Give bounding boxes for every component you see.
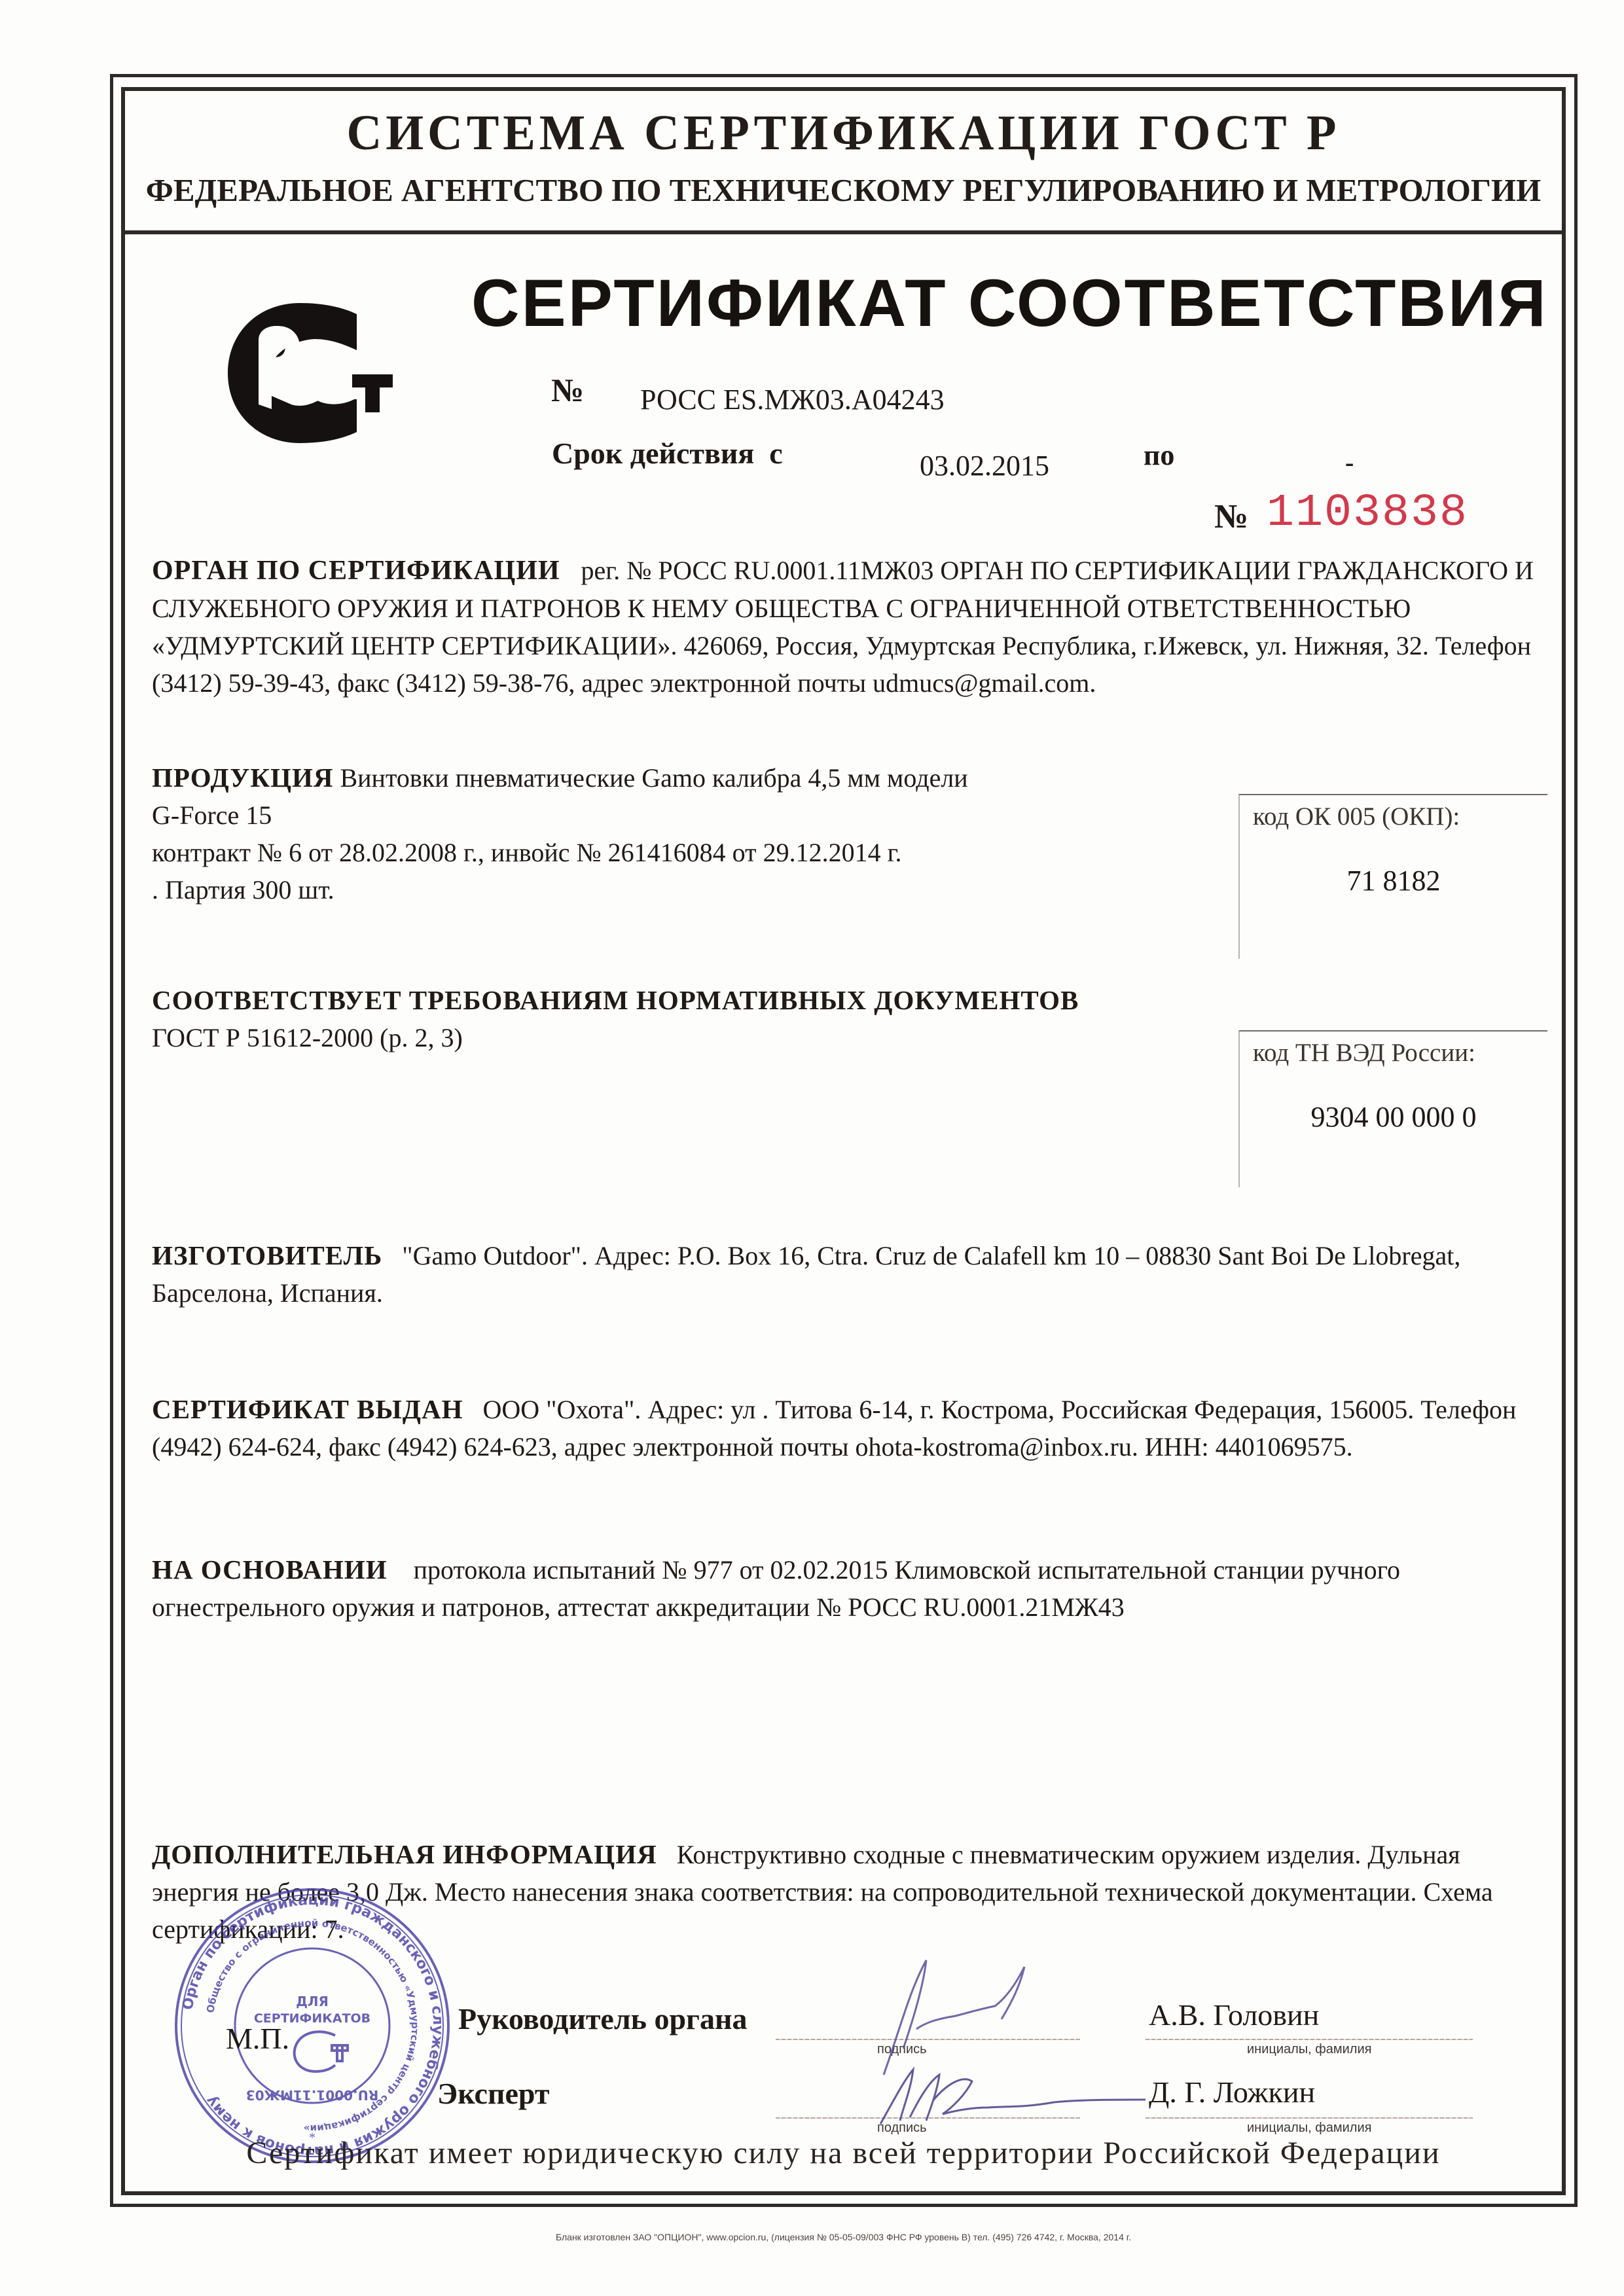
printer-imprint: Бланк изготовлен ЗАО "ОПЦИОН", www.opcio… (121, 2232, 1566, 2242)
tnved-code-box: код ТН ВЭД России: 9304 00 000 0 (1238, 1030, 1547, 1187)
head-name-line (1146, 2039, 1473, 2040)
product-line: . Партия 300 шт. (152, 875, 334, 905)
svg-text:RU.0001.11МЖ03: RU.0001.11МЖ03 (246, 2087, 379, 2103)
rst-conformity-mark-icon (223, 301, 399, 445)
section-standards: СООТВЕТСТВУЕТ ТРЕБОВАНИЯМ НОРМАТИВНЫХ ДО… (152, 982, 1212, 1056)
svg-text:ДЛЯ: ДЛЯ (296, 1994, 329, 2009)
section-label: ДОПОЛНИТЕЛЬНАЯ ИНФОРМАЦИЯ (152, 1839, 657, 1869)
tnved-code-value: 9304 00 000 0 (1240, 1100, 1547, 1134)
header-divider (121, 230, 1566, 234)
certificate-title: СЕРТИФИКАТ СООТВЕТСТВИЯ (471, 265, 1551, 342)
section-label: ПРОДУКЦИЯ (152, 762, 333, 793)
section-issued-to: СЕРТИФИКАТ ВЫДАН ООО "Охота". Адрес: ул … (152, 1391, 1546, 1465)
head-of-body-role: Руководитель органа (458, 2001, 747, 2036)
product-line: Винтовки пневматические Gamo калибра 4,5… (340, 763, 967, 793)
seal-placeholder-label: М.П. (226, 2021, 289, 2056)
blank-serial-number: 1103838 (1267, 488, 1468, 539)
section-manufacturer: ИЗГОТОВИТЕЛЬ "Gamo Outdoor". Адрес: P.O.… (152, 1237, 1546, 1312)
expert-signature-icon (864, 2062, 1165, 2134)
certificate-number: РОСС ES.МЖ03.А04243 (640, 383, 945, 416)
section-basis: НА ОСНОВАНИИ протокола испытаний № 977 о… (152, 1551, 1546, 1626)
validity-label: Срок действия с (552, 436, 783, 471)
section-label: СООТВЕТСТВУЕТ ТРЕБОВАНИЯМ НОРМАТИВНЫХ ДО… (152, 982, 1212, 1019)
legal-notice: Сертификат имеет юридическую силу на все… (121, 2135, 1566, 2171)
certificate-number-label: № (551, 371, 584, 409)
expert-name: Д. Г. Ложкин (1149, 2075, 1315, 2109)
standard-reference: ГОСТ Р 51612-2000 (р. 2, 3) (152, 1019, 1212, 1056)
valid-to-label: по (1144, 439, 1174, 472)
section-product: ПРОДУКЦИЯ Винтовки пневматические Gamo к… (152, 759, 1212, 908)
okp-code-label: код ОК 005 (ОКП): (1253, 802, 1460, 831)
blank-number-sign: № (1214, 497, 1248, 536)
expert-name-caption: инициалы, фамилия (1247, 2121, 1371, 2136)
seal-stamp-icon: Орган по сертификации гражданского и слу… (171, 1885, 453, 2166)
product-line: контракт № 6 от 28.02.2008 г., инвойс № … (152, 838, 902, 867)
valid-to-date: - (1345, 447, 1354, 478)
section-certification-body: ОРГАН ПО СЕРТИФИКАЦИИ рег. № РОСС RU.000… (152, 552, 1546, 702)
section-label: НА ОСНОВАНИИ (152, 1554, 388, 1585)
product-line: G-Force 15 (152, 800, 272, 830)
section-label: ИЗГОТОВИТЕЛЬ (152, 1240, 382, 1270)
valid-from-date: 03.02.2015 (920, 449, 1049, 482)
tnved-code-label: код ТН ВЭД России: (1253, 1038, 1475, 1067)
expert-role: Эксперт (437, 2076, 549, 2111)
okp-code-value: 71 8182 (1240, 864, 1547, 897)
agency-name: ФЕДЕРАЛЬНОЕ АГЕНТСТВО ПО ТЕХНИЧЕСКОМУ РЕ… (121, 171, 1566, 209)
head-name-caption: инициалы, фамилия (1247, 2042, 1371, 2057)
section-label: СЕРТИФИКАТ ВЫДАН (152, 1394, 463, 1424)
svg-text:Орган по сертификации гражданс: Орган по сертификации гражданского и слу… (180, 1892, 446, 2159)
system-title: СИСТЕМА СЕРТИФИКАЦИИ ГОСТ Р (135, 105, 1551, 162)
head-name: А.В. Головин (1149, 1998, 1319, 2032)
okp-code-box: код ОК 005 (ОКП): 71 8182 (1238, 794, 1547, 959)
section-label: ОРГАН ПО СЕРТИФИКАЦИИ (152, 556, 560, 586)
expert-name-line (1146, 2117, 1473, 2119)
